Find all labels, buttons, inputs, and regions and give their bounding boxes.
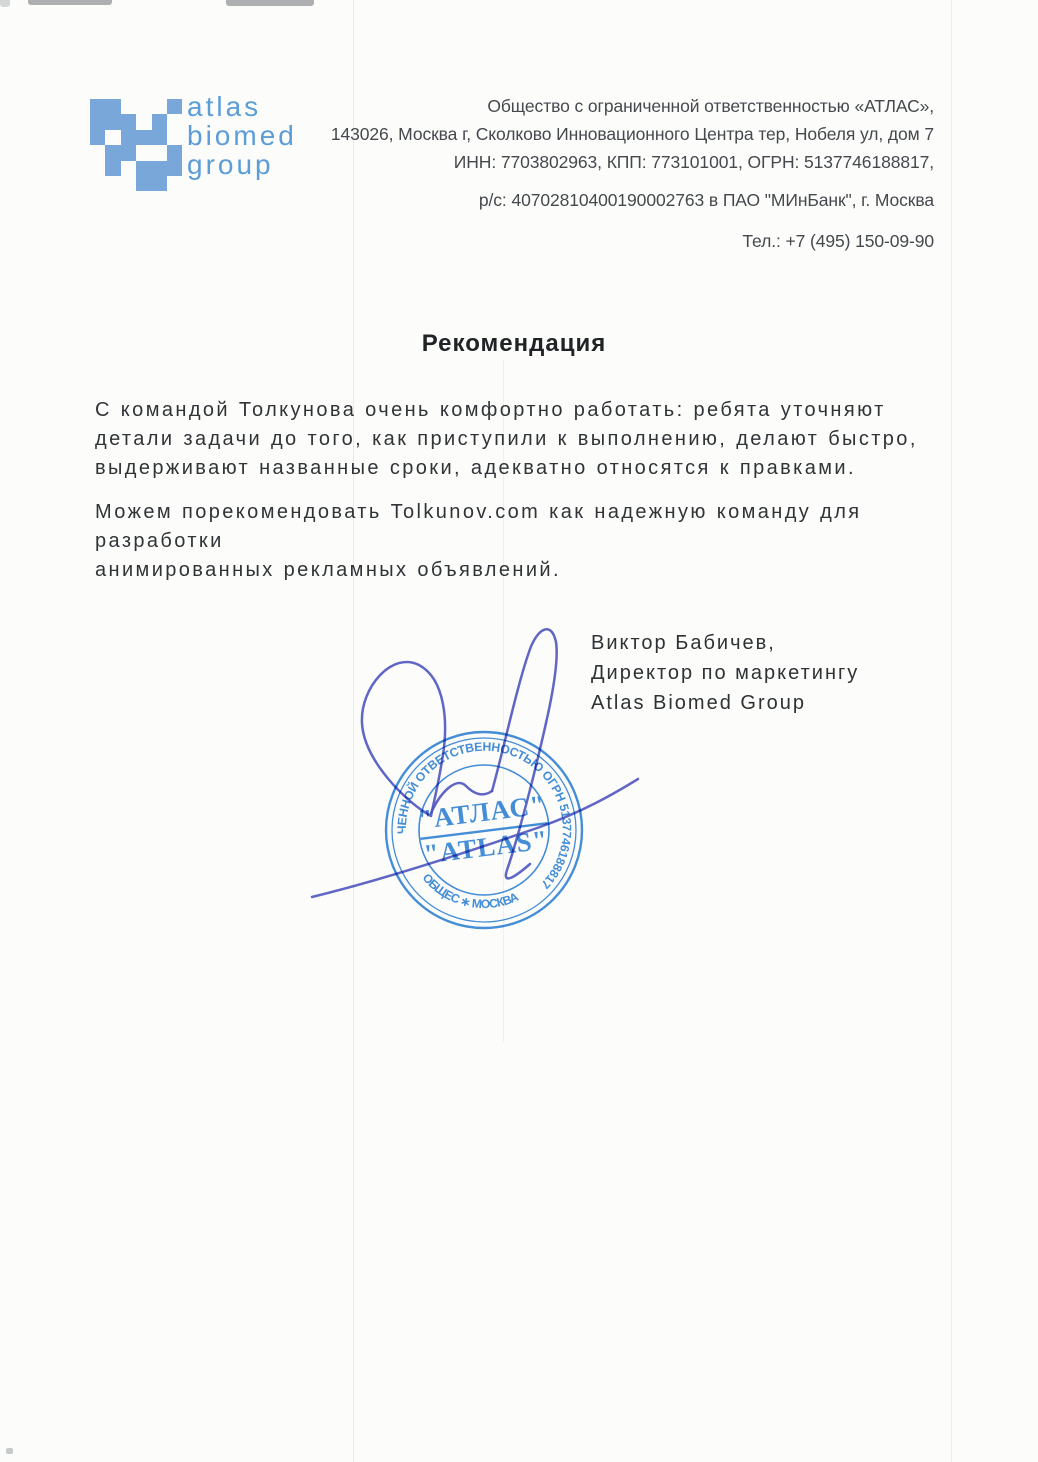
logo-word-atlas: atlas — [187, 92, 297, 121]
logo-pixel — [167, 176, 182, 191]
paragraph-2: Можем порекомендовать Tolkunov.com как н… — [95, 498, 918, 585]
logo-pixel — [105, 161, 120, 176]
paragraph-1: С командой Толкунова очень комфортно раб… — [95, 396, 918, 483]
logo-pixel — [121, 176, 136, 191]
body-line: детали задачи до того, как приступили к … — [95, 425, 918, 454]
logo-word-group: group — [187, 150, 297, 179]
logo-pixel — [90, 130, 105, 145]
logo-pixel — [90, 145, 105, 160]
logo-pixel — [152, 161, 167, 176]
company-name-line: Общество с ограниченной ответственностью… — [294, 92, 934, 120]
scan-smudge — [226, 0, 314, 6]
scan-smudge — [0, 0, 10, 7]
logo-pixel — [121, 130, 136, 145]
logo-word-biomed: biomed — [187, 121, 297, 150]
company-registration-line: ИНН: 7703802963, КПП: 773101001, ОГРН: 5… — [294, 148, 934, 176]
logo-pixel — [167, 114, 182, 129]
logo-pixel — [152, 99, 167, 114]
logo-pixel — [152, 130, 167, 145]
atlas-biomed-logo-icon — [90, 99, 182, 191]
logo-pixel — [121, 161, 136, 176]
logo-pixel — [152, 114, 167, 129]
company-address-line: 143026, Москва г, Сколково Инновационног… — [294, 120, 934, 148]
logo-pixel — [105, 99, 120, 114]
logo-pixel — [105, 145, 120, 160]
letter-body: С командой Толкунова очень комфортно раб… — [95, 396, 918, 585]
body-line: анимированных рекламных объявлений. — [95, 556, 918, 585]
logo-pixel — [90, 114, 105, 129]
logo-wordmark: atlas biomed group — [187, 92, 297, 179]
logo-pixel — [167, 161, 182, 176]
logo-pixel — [136, 176, 151, 191]
company-phone-line: Тел.: +7 (495) 150-09-90 — [294, 227, 934, 255]
logo-pixel — [121, 145, 136, 160]
body-line: С командой Толкунова очень комфортно раб… — [95, 396, 918, 425]
scanned-letter-page: atlas biomed group Общество с ограниченн… — [0, 0, 1038, 1462]
logo-pixel — [152, 145, 167, 160]
body-line: Можем порекомендовать Tolkunov.com как н… — [95, 498, 918, 527]
logo-pixel — [121, 99, 136, 114]
signature-stroke — [312, 779, 638, 897]
logo-pixel — [136, 130, 151, 145]
logo-pixel — [105, 114, 120, 129]
handwritten-signature — [290, 600, 990, 930]
logo-pixel — [152, 176, 167, 191]
scan-speck — [6, 1448, 13, 1454]
logo-pixel — [136, 99, 151, 114]
logo-pixel — [136, 161, 151, 176]
logo-pixel — [90, 176, 105, 191]
logo-pixel — [167, 145, 182, 160]
body-line: разработки — [95, 527, 918, 556]
logo-pixel — [121, 114, 136, 129]
logo-pixel — [90, 99, 105, 114]
logo-pixel — [167, 130, 182, 145]
body-line: выдерживают названные сроки, адекватно о… — [95, 454, 918, 483]
company-details: Общество с ограниченной ответственностью… — [294, 92, 934, 255]
logo-pixel — [90, 161, 105, 176]
company-bank-line: р/с: 40702810400190002763 в ПАО "МИнБанк… — [294, 186, 934, 214]
scan-smudge — [28, 0, 112, 5]
logo-pixel — [105, 176, 120, 191]
letter-title: Рекомендация — [95, 330, 933, 358]
logo-pixel — [136, 114, 151, 129]
logo-pixel — [136, 145, 151, 160]
signature-stroke — [431, 783, 492, 813]
signature-stroke — [362, 662, 445, 816]
logo-pixel — [105, 130, 120, 145]
logo-pixel — [167, 99, 182, 114]
